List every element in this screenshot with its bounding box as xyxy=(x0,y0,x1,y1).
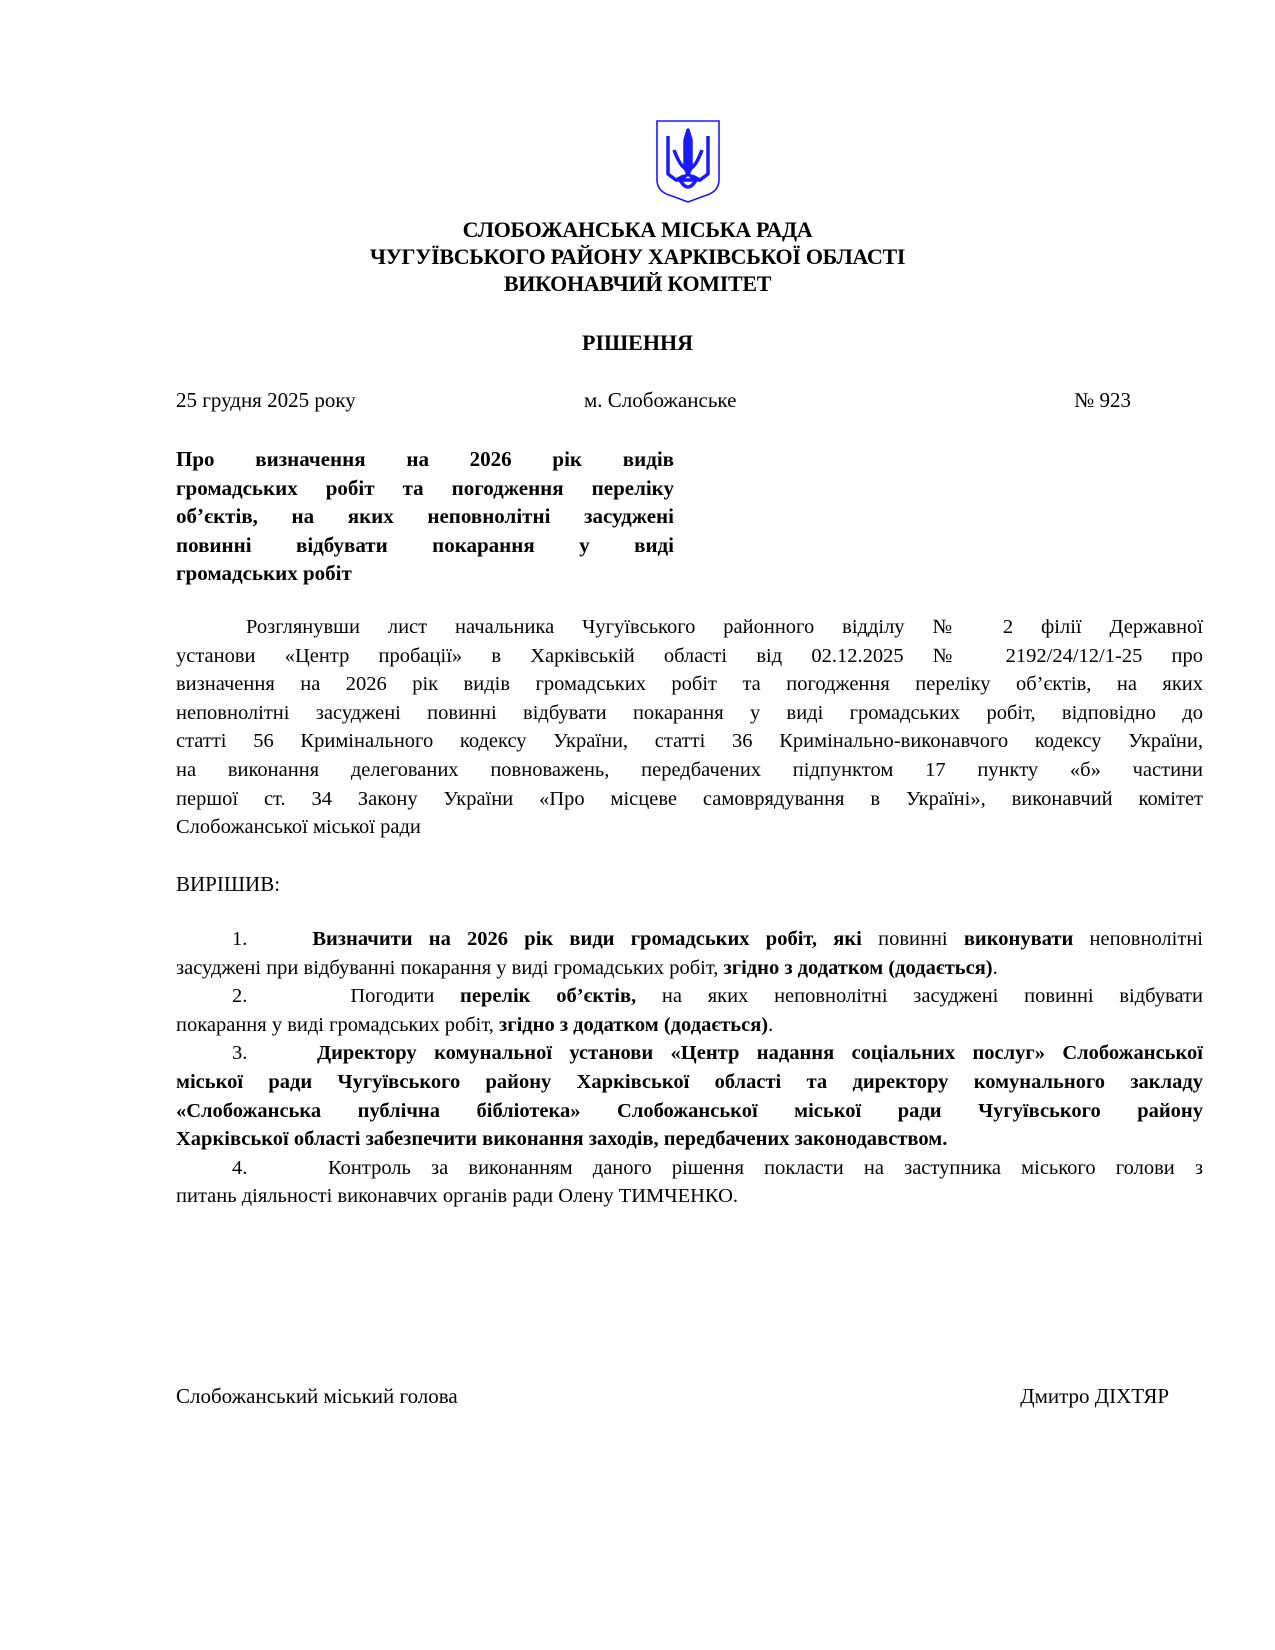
preamble-line: неповнолітні засуджені повинні відбувати… xyxy=(176,699,1203,728)
item-number: 2. xyxy=(232,985,247,1007)
header-line-district: ЧУГУЇВСЬКОГО РАЙОНУ ХАРКІВСЬКОЇ ОБЛАСТІ xyxy=(0,243,1275,270)
header-line-council: СЛОБОЖАНСЬКА МІСЬКА РАДА xyxy=(0,216,1275,243)
subject-line: об’єктів, на яких неповнолітні засуджені xyxy=(176,502,674,531)
item-2-line: покарання у виді громадських робіт, згід… xyxy=(176,1011,1203,1040)
preamble-line: Розглянувши лист начальника Чугуївського… xyxy=(176,613,1203,642)
item-number: 4. xyxy=(232,1157,247,1179)
signatory-name: Дмитро ДІХТЯР xyxy=(1020,1384,1169,1409)
decision-items: 1. Визначити на 2026 рік види громадськи… xyxy=(176,925,1203,1211)
document-place: м. Слобожанське xyxy=(584,388,736,413)
item-text: Контроль за виконанням даного рішення по… xyxy=(328,1157,1203,1179)
subject-line: громадських робіт xyxy=(176,559,674,588)
item-text: . xyxy=(993,957,998,979)
decision-subject: Про визначення на 2026 рік видів громадс… xyxy=(176,445,674,588)
preamble-line: Слобожанської міської ради xyxy=(176,813,1203,842)
item-3-line: «Слобожанська публічна бібліотека» Слобо… xyxy=(176,1097,1203,1126)
subject-line: повинні відбувати покарання у виді xyxy=(176,531,674,560)
item-3-line: 3. Директору комунальної установи «Центр… xyxy=(176,1039,1203,1068)
subject-line: громадських робіт та погодження переліку xyxy=(176,474,674,503)
header-line-committee: ВИКОНАВЧИЙ КОМІТЕТ xyxy=(0,270,1275,297)
signatory-position: Слобожанський міський голова xyxy=(176,1384,458,1409)
subject-line: Про визначення на 2026 рік видів xyxy=(176,445,674,474)
preamble-line: визначення на 2026 рік видів громадських… xyxy=(176,670,1203,699)
item-3-line: міської ради Чугуївського району Харківс… xyxy=(176,1068,1203,1097)
preamble-line: на виконання делегованих повноважень, пе… xyxy=(176,756,1203,785)
document-type-title: РІШЕННЯ xyxy=(0,330,1275,356)
item-text-bold: Визначити на 2026 рік види громадських р… xyxy=(312,928,862,950)
item-text: . xyxy=(768,1014,773,1036)
document-date: 25 грудня 2025 року xyxy=(176,388,356,413)
organization-header: СЛОБОЖАНСЬКА МІСЬКА РАДА ЧУГУЇВСЬКОГО РА… xyxy=(0,216,1275,297)
item-4-line: питань діяльності виконавчих органів рад… xyxy=(176,1182,1203,1211)
item-2-line: 2. Погодити перелік об’єктів, на яких не… xyxy=(176,982,1203,1011)
preamble-line: статті 56 Кримінального кодексу України,… xyxy=(176,727,1203,756)
item-number: 3. xyxy=(232,1042,247,1064)
item-text: повинні xyxy=(862,928,964,950)
item-1-line: засуджені при відбуванні покарання у вид… xyxy=(176,954,1203,983)
item-4-line: 4. Контроль за виконанням даного рішення… xyxy=(176,1154,1203,1183)
resolved-label: ВИРІШИВ: xyxy=(176,872,280,897)
preamble-line: першої ст. 34 Закону України «Про місцев… xyxy=(176,785,1203,814)
item-text: Погодити xyxy=(350,985,460,1007)
item-text: покарання у виді громадських робіт, xyxy=(176,1014,499,1036)
preamble-line: установи «Центр пробації» в Харківській … xyxy=(176,642,1203,671)
item-text-bold: виконувати xyxy=(964,928,1073,950)
item-1-line: 1. Визначити на 2026 рік види громадськи… xyxy=(176,925,1203,954)
preamble-paragraph: Розглянувши лист начальника Чугуївського… xyxy=(176,613,1203,842)
item-text-bold: перелік об’єктів, xyxy=(460,985,636,1007)
item-number: 1. xyxy=(232,928,247,950)
item-text: на яких неповнолітні засуджені повинні в… xyxy=(636,985,1203,1007)
item-text: засуджені при відбуванні покарання у вид… xyxy=(176,957,724,979)
item-text-bold: Директору комунальної установи «Центр на… xyxy=(317,1042,1203,1064)
item-text: неповнолітні xyxy=(1073,928,1203,950)
item-text-bold: згідно з додатком (додається) xyxy=(499,1014,768,1036)
item-3-line: Харківської області забезпечити виконанн… xyxy=(176,1125,1203,1154)
document-page: СЛОБОЖАНСЬКА МІСЬКА РАДА ЧУГУЇВСЬКОГО РА… xyxy=(0,0,1275,1650)
item-text-bold: згідно з додатком (додається) xyxy=(724,957,993,979)
document-number: № 923 xyxy=(1074,388,1131,413)
coat-of-arms-icon xyxy=(654,118,722,204)
